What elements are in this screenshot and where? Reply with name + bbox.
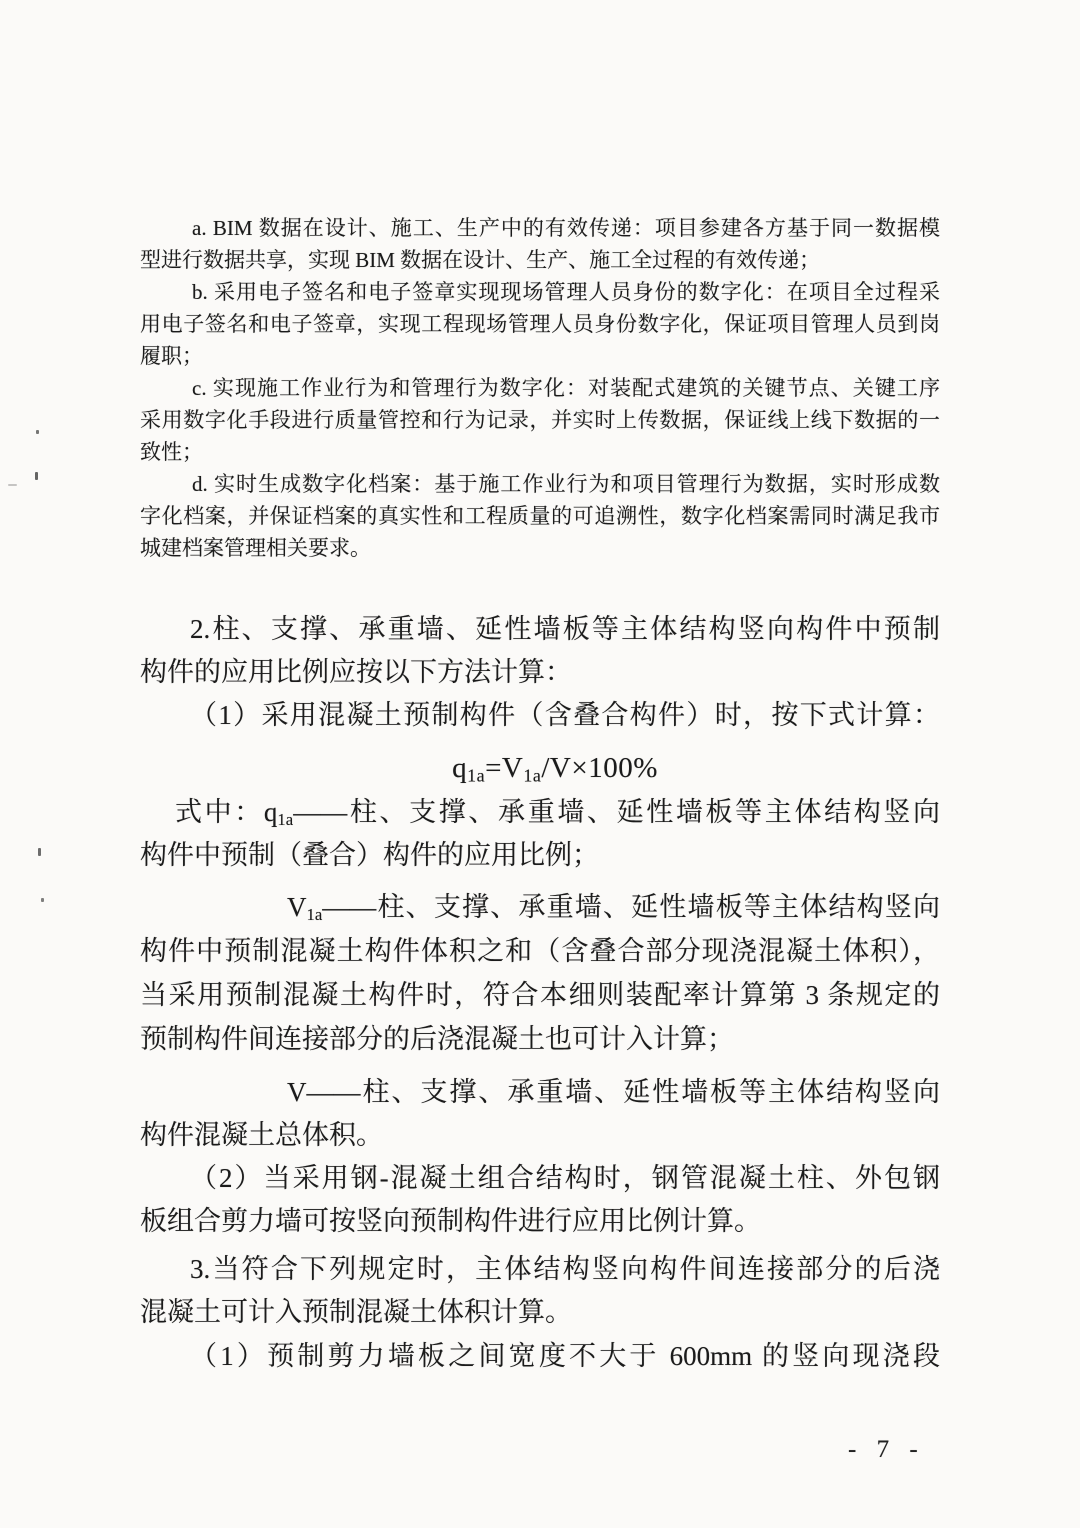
item-2-1-line: （1）采用混凝土预制构件（含叠合构件）时，按下式计算：	[140, 694, 940, 737]
formula-base: /V×100%	[541, 752, 658, 784]
section-digitalization-items: a. BIM 数据在设计、施工、生产中的有效传递：项目参建各方基于同一数据模 型…	[140, 212, 940, 564]
clause-c-line: c. 实现施工作业行为和管理行为数字化：对装配式建筑的关键节点、关键工序	[140, 372, 940, 404]
q1a-subscript: 1a	[277, 810, 293, 829]
v1a-definition-line: 预制构件间连接部分的后浇混凝土也可计入计算；	[140, 1017, 940, 1061]
clause-b-line: 用电子签名和电子签章，实现工程现场管理人员身份数字化，保证项目管理人员到岗	[140, 308, 940, 340]
v1a-definition-line: 当采用预制混凝土构件时，符合本细则装配率计算第 3 条规定的	[140, 973, 940, 1017]
item-2-line: 2.柱、支撑、承重墙、延性墙板等主体结构竖向构件中预制	[140, 608, 940, 651]
v1a-definition-line: 构件中预制混凝土构件体积之和（含叠合部分现浇混凝土体积），	[140, 929, 940, 973]
section-prefab-ratio: 2.柱、支撑、承重墙、延性墙板等主体结构竖向构件中预制 构件的应用比例应按以下方…	[140, 608, 940, 1378]
v1a-text: ——柱、支撑、承重墙、延性墙板等主体结构竖向	[322, 892, 940, 922]
item-2-line: 构件的应用比例应按以下方法计算：	[140, 651, 940, 694]
v-definition-line: 构件混凝土总体积。	[140, 1114, 940, 1157]
where-definition-line: 式中：q1a——柱、支撑、承重墙、延性墙板等主体结构竖向	[140, 791, 940, 834]
v1a-symbol: V	[287, 892, 307, 922]
where-definition-line: 构件中预制（叠合）构件的应用比例；	[140, 834, 940, 877]
v-definition-line: V——柱、支撑、承重墙、延性墙板等主体结构竖向	[140, 1071, 940, 1114]
clause-d-line: d. 实时生成数字化档案：基于施工作业行为和项目管理行为数据，实时形成数	[140, 468, 940, 500]
clause-d-line: 城建档案管理相关要求。	[140, 532, 940, 564]
formula-base: =V	[485, 752, 523, 784]
document-body: a. BIM 数据在设计、施工、生产中的有效传递：项目参建各方基于同一数据模 型…	[140, 212, 940, 1378]
item-3-line: 3.当符合下列规定时，主体结构竖向构件间连接部分的后浇	[140, 1248, 940, 1291]
scan-speck	[38, 848, 41, 856]
formula-subscript: 1a	[523, 765, 541, 785]
where-text: ——柱、支撑、承重墙、延性墙板等主体结构竖向	[293, 797, 940, 827]
formula-base: q	[452, 752, 467, 784]
scan-speck	[35, 472, 38, 480]
item-3-1-line: （1）预制剪力墙板之间宽度不大于 600mm 的竖向现浇段	[140, 1335, 940, 1378]
scanned-document-page: a. BIM 数据在设计、施工、生产中的有效传递：项目参建各方基于同一数据模 型…	[0, 0, 1080, 1528]
clause-a-line: 型进行数据共享，实现 BIM 数据在设计、生产、施工全过程的有效传递；	[140, 244, 940, 276]
scan-speck	[36, 430, 39, 434]
scan-speck	[8, 484, 17, 486]
where-prefix: 式中：q	[175, 797, 277, 827]
clause-b-line: 履职；	[140, 340, 940, 372]
formula-q1a: q1a=V1a/V×100%	[140, 745, 940, 791]
clause-c-line: 采用数字化手段进行质量管控和行为记录，并实时上传数据，保证线上线下数据的一	[140, 404, 940, 436]
item-3-line: 混凝土可计入预制混凝土体积计算。	[140, 1291, 940, 1334]
clause-a-line: a. BIM 数据在设计、施工、生产中的有效传递：项目参建各方基于同一数据模	[140, 212, 940, 244]
formula-subscript: 1a	[467, 765, 485, 785]
item-2-2-line: 板组合剪力墙可按竖向预制构件进行应用比例计算。	[140, 1200, 940, 1243]
item-2-2-line: （2）当采用钢-混凝土组合结构时，钢管混凝土柱、外包钢	[140, 1157, 940, 1200]
v1a-subscript: 1a	[307, 905, 323, 924]
clause-d-line: 字化档案，并保证档案的真实性和工程质量的可追溯性，数字化档案需同时满足我市	[140, 500, 940, 532]
scan-speck	[41, 898, 44, 902]
clause-c-line: 致性；	[140, 436, 940, 468]
clause-b-line: b. 采用电子签名和电子签章实现现场管理人员身份的数字化：在项目全过程采	[140, 276, 940, 308]
page-number: - 7 -	[848, 1436, 925, 1464]
v1a-definition-line: V1a——柱、支撑、承重墙、延性墙板等主体结构竖向	[140, 885, 940, 929]
